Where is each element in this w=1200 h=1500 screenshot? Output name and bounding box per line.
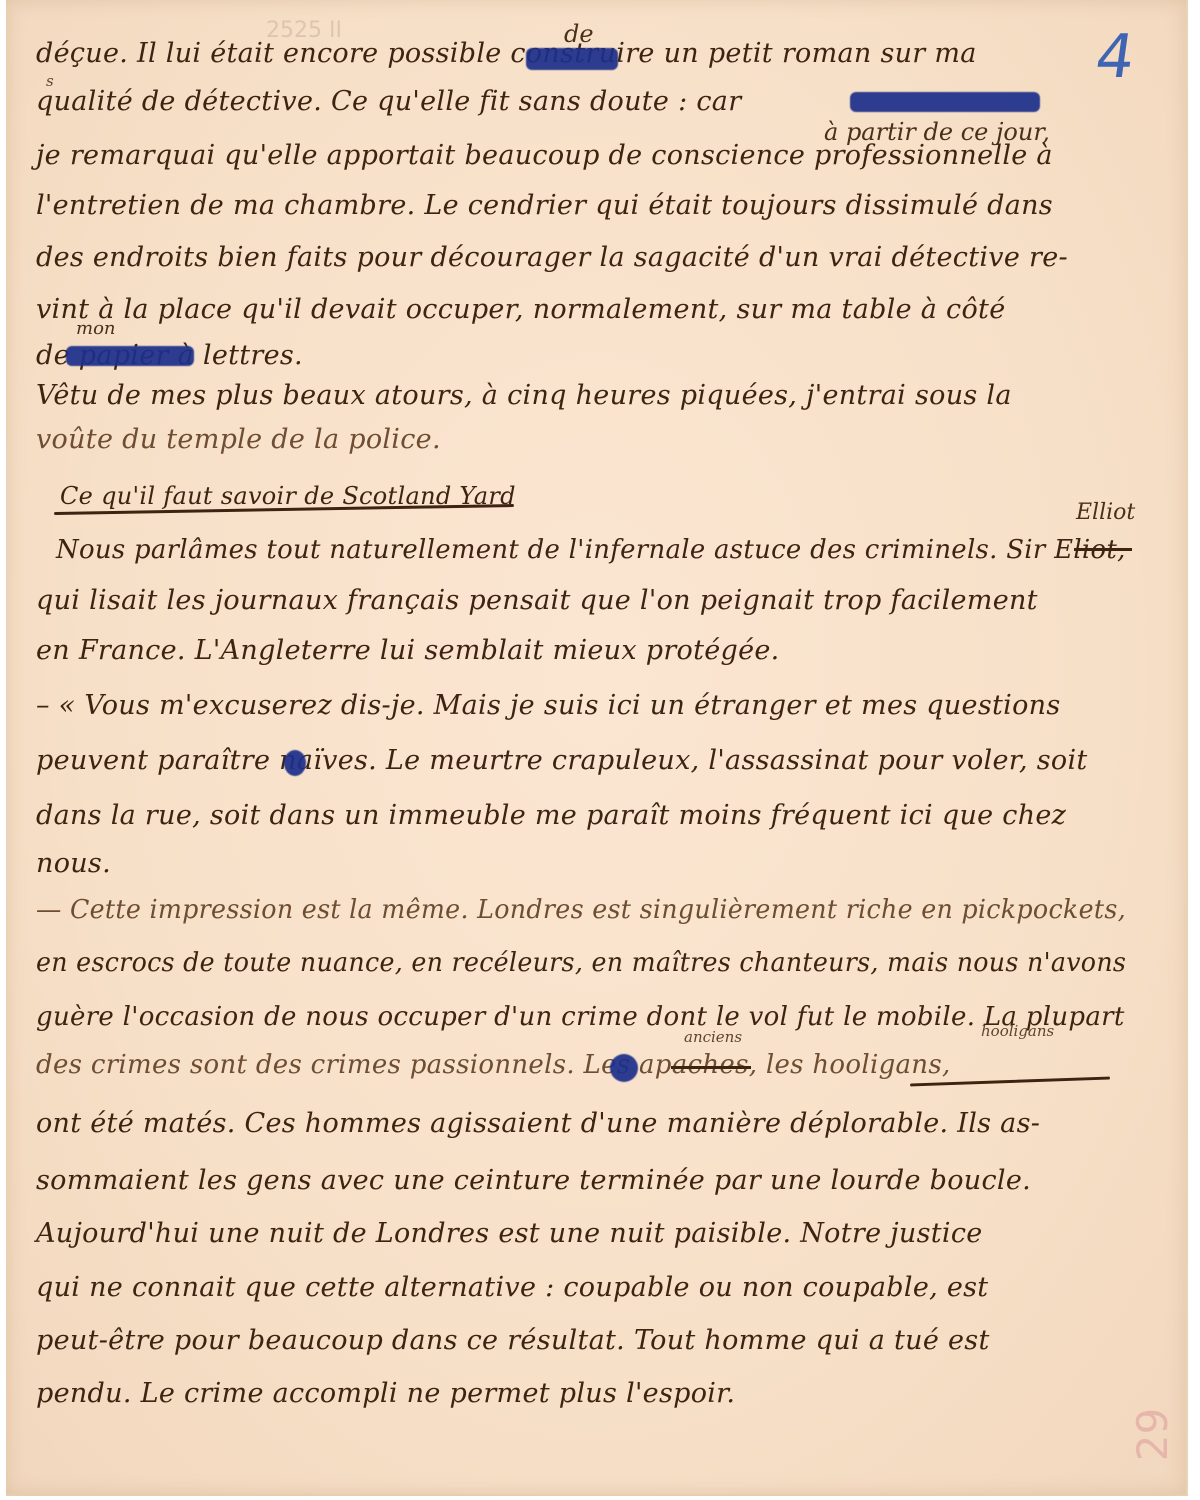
text-line-25: qui ne connait que cette alternative : c… bbox=[36, 1272, 988, 1303]
blue-correction-blot bbox=[66, 346, 194, 366]
text-line-24: Aujourd'hui une nuit de Londres est une … bbox=[36, 1218, 983, 1249]
text-line-8: Vêtu de mes plus beaux atours, à cinq he… bbox=[36, 380, 1012, 411]
insertion-elliot: Elliot bbox=[1076, 500, 1135, 525]
text-line-6: vint à la place qu'il devait occuper, no… bbox=[36, 294, 1005, 325]
strikethrough-eliot bbox=[1074, 548, 1132, 551]
text-line-13: en France. L'Angleterre lui semblait mie… bbox=[36, 635, 780, 666]
text-line-11: Nous parlâmes tout naturellement de l'in… bbox=[56, 535, 1126, 565]
insertion-anciens: anciens bbox=[684, 1028, 742, 1046]
text-line-26: peut-être pour beaucoup dans ce résultat… bbox=[36, 1325, 990, 1356]
text-line-14: – « Vous m'excuserez dis-je. Mais je sui… bbox=[36, 690, 1060, 721]
text-line-16: dans la rue, soit dans un immeuble me pa… bbox=[36, 800, 1066, 831]
insertion-hooligans: hooligans bbox=[981, 1022, 1054, 1040]
text-line-20: guère l'occasion de nous occuper d'un cr… bbox=[36, 1002, 1125, 1032]
insertion-mon: mon bbox=[76, 318, 116, 339]
text-line-5: des endroits bien faits pour décourager … bbox=[36, 242, 1068, 273]
text-line-17: nous. bbox=[36, 848, 111, 879]
text-line-15: peuvent paraître naïves. Le meurtre crap… bbox=[36, 745, 1088, 776]
blue-correction-blot bbox=[850, 92, 1040, 112]
blue-correction-blot bbox=[526, 48, 618, 70]
blue-ink-blot bbox=[610, 1054, 638, 1082]
text-line-3: je remarquai qu'elle apportait beaucoup … bbox=[36, 140, 1053, 171]
text-line-21: des crimes sont des crimes passionnels. … bbox=[36, 1050, 951, 1080]
text-line-18: — Cette impression est la même. Londres … bbox=[36, 895, 1126, 925]
pink-archive-stamp: 29 bbox=[1128, 1408, 1177, 1461]
text-line-9: voûte du temple de la police. bbox=[36, 424, 441, 455]
manuscript-page: 2525 II 4 déçue. Il lui était encore pos… bbox=[6, 0, 1188, 1496]
blue-ink-blot bbox=[284, 750, 306, 776]
text-line-27: pendu. Le crime accompli ne permet plus … bbox=[36, 1378, 735, 1409]
text-line-1: déçue. Il lui était encore possible cons… bbox=[36, 38, 977, 69]
text-line-19: en escrocs de toute nuance, en recéleurs… bbox=[36, 948, 1126, 978]
text-line-4: l'entretien de ma chambre. Le cendrier q… bbox=[36, 190, 1053, 221]
strikethrough-anciens bbox=[671, 1066, 751, 1069]
page-number: 4 bbox=[1091, 22, 1139, 92]
text-line-2: qualité de détective. Ce qu'elle fit san… bbox=[36, 86, 741, 117]
text-line-23: sommaient les gens avec une ceinture ter… bbox=[36, 1165, 1031, 1196]
insertion-de: de bbox=[564, 20, 594, 48]
text-line-22: ont été matés. Ces hommes agissaient d'u… bbox=[36, 1108, 1040, 1139]
text-line-12: qui lisait les journaux français pensait… bbox=[36, 585, 1038, 616]
